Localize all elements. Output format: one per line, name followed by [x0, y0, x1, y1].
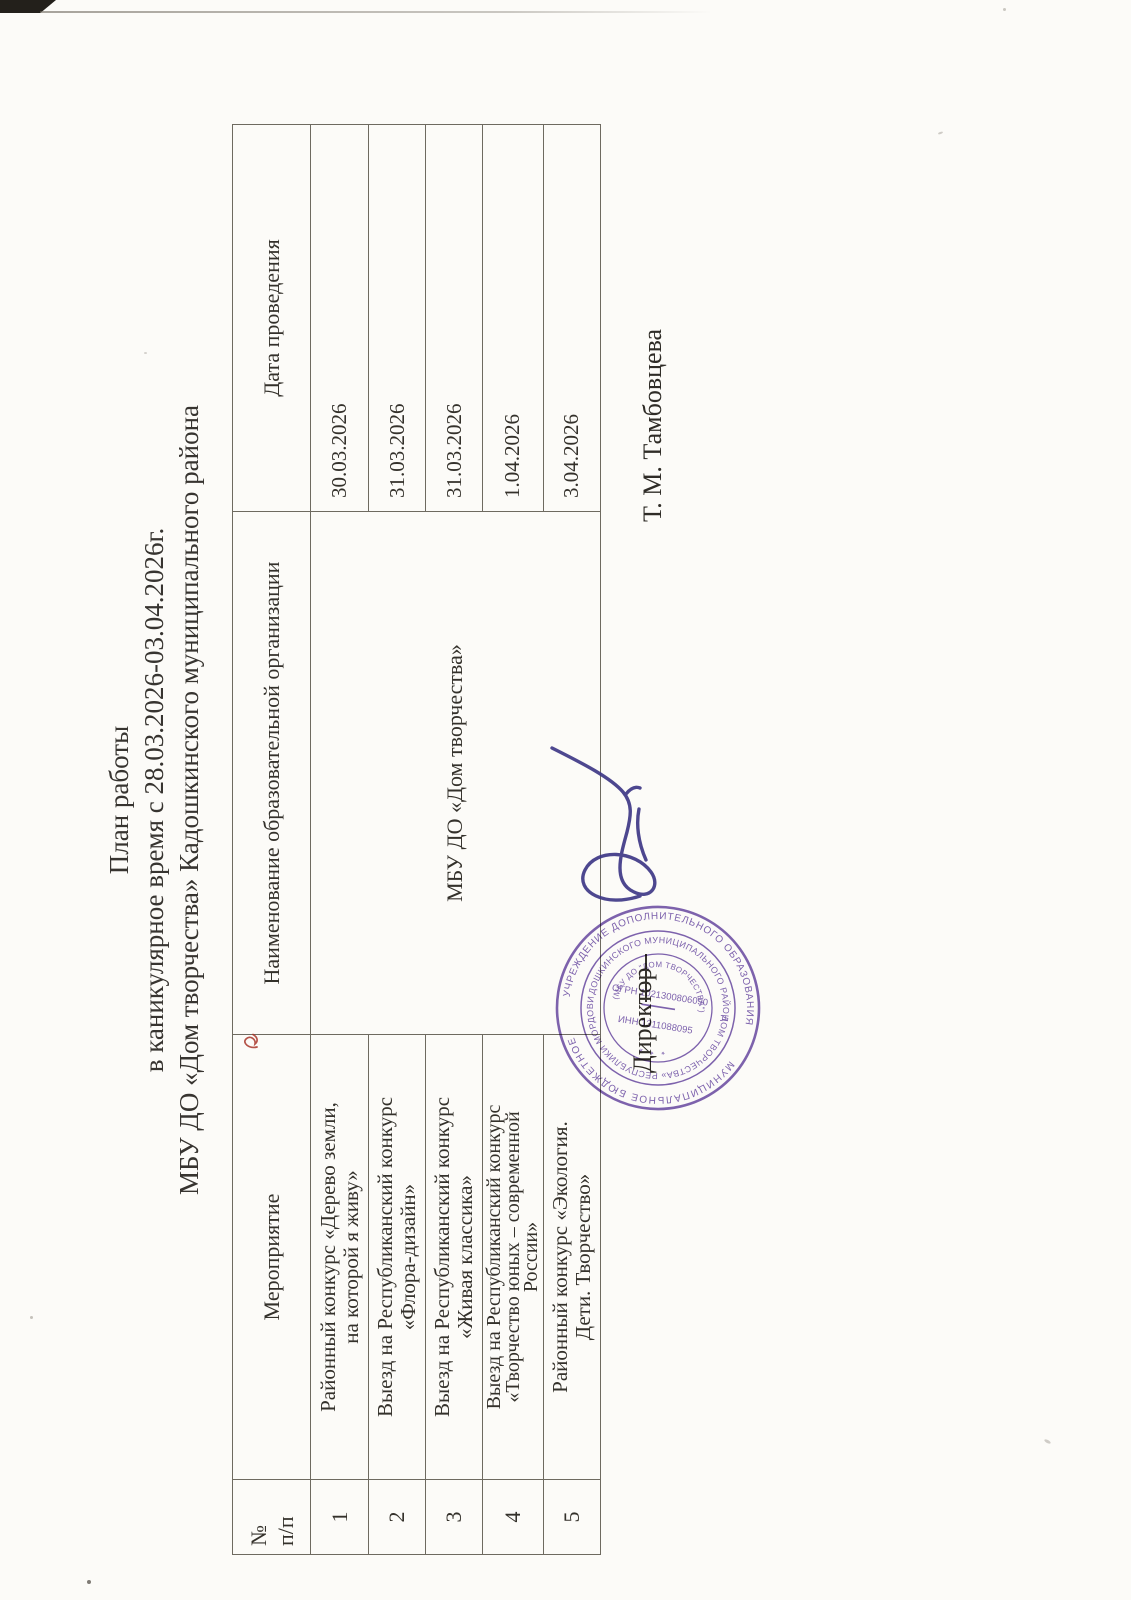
date-cell: 31.03.2026 [369, 125, 426, 512]
stamp-ring-inner-bottom: * * * [636, 1042, 667, 1058]
official-stamp: УЧРЕЖДЕНИЕ ДОПОЛНИТЕЛЬНОГО ОБРАЗОВАНИЯ М… [537, 887, 780, 1130]
svg-text:* * *: * * * [636, 1042, 667, 1058]
row-number: 2 [369, 1480, 426, 1555]
header-num: № п/п [233, 1480, 311, 1555]
event-cell: Выезд на Республиканский конкурс «Флора-… [369, 1035, 426, 1480]
title-line-3: МБУ ДО «Дом творчества» Кадошкинского му… [172, 0, 207, 1600]
stamp-center-line [641, 1003, 675, 1010]
title-line-2: в каникулярное время с 28.03.2026-03.04.… [137, 0, 172, 1600]
header-org: Наименование образовательной организации [233, 512, 311, 1035]
table-header-row: № п/п Мероприятие Наименование образоват… [233, 125, 311, 1555]
table-row: 1 Районный конкурс «Дерево земли, на кот… [311, 125, 369, 1555]
header-event: Мероприятие [233, 1035, 311, 1480]
row-number: 1 [311, 1480, 369, 1555]
scan-speck [1003, 8, 1006, 11]
stamp-inn: ИНН 1311088095 [617, 1014, 693, 1037]
row-number: 4 [483, 1480, 544, 1555]
scanned-document: План работы в каникулярное время с 28.03… [0, 0, 1131, 1600]
date-cell: 30.03.2026 [311, 125, 369, 512]
event-cell: Выезд на Республиканский конкурс «Творче… [483, 1035, 544, 1480]
event-cell: Выезд на Республиканский конкурс «Живая … [426, 1035, 483, 1480]
document-title: План работы в каникулярное время с 28.03… [102, 0, 207, 1600]
director-name: Т. М. Тамбовцева [638, 329, 668, 522]
row-number: 5 [543, 1480, 600, 1555]
scan-speck [144, 352, 147, 354]
scan-speck [87, 1580, 91, 1584]
date-cell: 31.03.2026 [426, 125, 483, 512]
date-cell: 1.04.2026 [483, 125, 544, 512]
event-cell: Районный конкурс «Дерево земли, на котор… [311, 1035, 369, 1480]
red-pen-mark [240, 1031, 262, 1051]
handwritten-signature [540, 734, 680, 912]
scan-edge-line [40, 11, 712, 13]
scan-speck [30, 1316, 33, 1319]
header-date: Дата проведения [233, 125, 311, 512]
row-number: 3 [426, 1480, 483, 1555]
title-line-1: План работы [102, 0, 137, 1600]
date-cell: 3.04.2026 [543, 125, 600, 512]
document-page: План работы в каникулярное время с 28.03… [0, 0, 1131, 1600]
